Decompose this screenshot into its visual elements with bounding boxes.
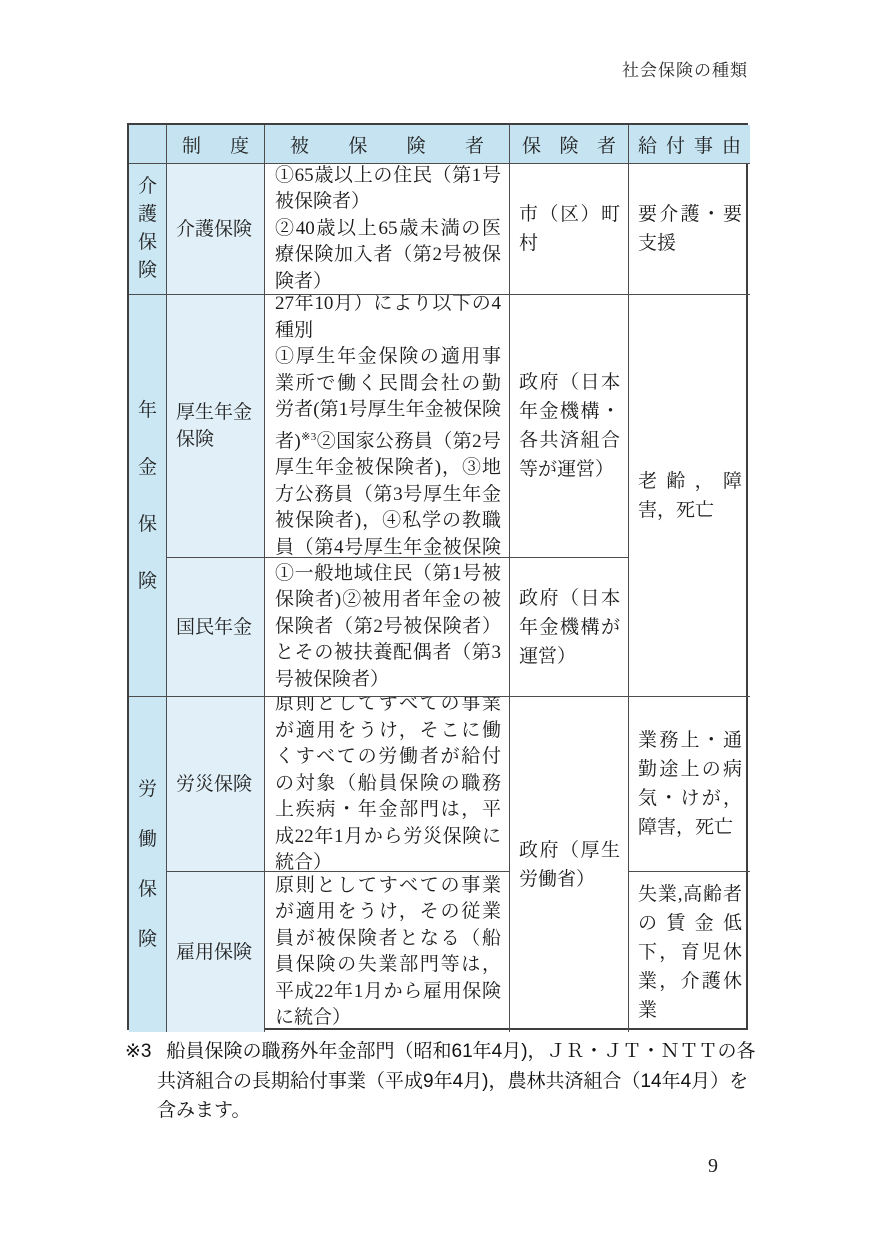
- koyou-hihokensha-cell: 原則としてすべての事業が適用をうけ，その従業員が被保険者となる（船員保険の失業部…: [265, 872, 510, 1032]
- rousai-seido-label: 労災保険: [176, 771, 258, 798]
- kokumin-hihokensha-cell: ①一般地域住民（第1号被保険者)②被用者年金の被保険者（第2号被保険者）とその被…: [265, 558, 510, 697]
- kousei-hokensha-cell: 政府（日本年金機構・各共済組合等が運営）: [510, 295, 629, 558]
- rousai-kyufu-cell: 業務上・通勤途上の病気・けが，障害，死亡: [629, 697, 750, 872]
- kokumin-seido-label: 国民年金: [176, 614, 258, 641]
- kousei-hihokensha-text: 被用者年金一元化（平成27年10月）により以下の4種別 ①厚生年金保険の適用事業…: [275, 295, 501, 558]
- kousei-hokensha-text: 政府（日本年金機構・各共済組合等が運営）: [519, 368, 620, 484]
- group-label-kaigo: 介 護 保 険: [129, 164, 167, 295]
- koyou-seido-cell: 雇用保険: [167, 872, 265, 1032]
- kaigo-kyufu-text: 要介護・要支援: [638, 200, 742, 258]
- kaigo-hihokensha-cell: ①65歳以上の住民（第1号被保険者） ②40歳以上65歳未満の医療保険加入者（第…: [265, 164, 510, 295]
- header-kyufu-label: 給付事由: [638, 131, 741, 158]
- kousei-seido-label: 厚生年金保険: [176, 399, 258, 453]
- kokumin-hokensha-cell: 政府（日本年金機構が運営）: [510, 558, 629, 697]
- rousai-kyufu-text: 業務上・通勤途上の病気・けが，障害，死亡: [638, 726, 742, 842]
- group-label-nenkin-text: 年 金 保 険: [129, 382, 166, 610]
- roudou-hokensha-cell: 政府（厚生労働省）: [510, 697, 629, 1032]
- kokumin-seido-cell: 国民年金: [167, 558, 265, 697]
- rousai-hihokensha-cell: 原則としてすべての事業が適用をうけ，そこに働くすべての労働者が給付の対象（船員保…: [265, 697, 510, 872]
- koyou-kyufu-cell: 失業,高齢者の賃金低下，育児休業，介護休業: [629, 872, 750, 1032]
- koyou-seido-label: 雇用保険: [176, 939, 258, 966]
- kokumin-hihokensha-text: ①一般地域住民（第1号被保険者)②被用者年金の被保険者（第2号被保険者）とその被…: [275, 561, 501, 694]
- kousei-footnote-ref: ※3: [301, 431, 317, 443]
- page-number: 9: [708, 1155, 718, 1178]
- kaigo-hokensha-text: 市（区）町村: [519, 200, 620, 258]
- kousei-hihokensha-part1: 被用者年金一元化（平成27年10月）により以下の4種別 ①厚生年金保険の適用事業…: [275, 295, 501, 452]
- header-hokensha: 保険者: [510, 125, 629, 164]
- kaigo-seido-cell: 介護保険: [167, 164, 265, 295]
- header-hihokensha: 被保険者: [265, 125, 510, 164]
- header-kyufu: 給付事由: [629, 125, 750, 164]
- kaigo-hokensha-cell: 市（区）町村: [510, 164, 629, 295]
- nenkin-kyufu-cell: 老齢，障害，死亡: [629, 295, 750, 697]
- kaigo-hihokensha-text: ①65歳以上の住民（第1号被保険者） ②40歳以上65歳未満の医療保険加入者（第…: [275, 164, 501, 295]
- koyou-kyufu-text: 失業,高齢者の賃金低下，育児休業，介護休業: [638, 880, 742, 1025]
- document-page: 社会保険の種類 制度 被保険者 保険者 給付事由 介 護 保 険 介護保険 ①6…: [0, 0, 875, 1240]
- header-empty-cell: [129, 125, 167, 164]
- kousei-seido-cell: 厚生年金保険: [167, 295, 265, 558]
- kaigo-kyufu-cell: 要介護・要支援: [629, 164, 750, 295]
- group-label-roudou-text: 労 働 保 険: [129, 765, 166, 965]
- social-insurance-table: 制度 被保険者 保険者 給付事由 介 護 保 険 介護保険 ①65歳以上の住民（…: [127, 123, 748, 1030]
- kousei-hihokensha-part2: ②国家公務員（第2号厚生年金被保険者)，③地方公務員（第3号厚生年金被保険者)，…: [275, 431, 501, 559]
- rousai-hihokensha-text: 原則としてすべての事業が適用をうけ，そこに働くすべての労働者が給付の対象（船員保…: [275, 697, 501, 872]
- corner-note: 社会保険の種類: [622, 56, 748, 81]
- kaigo-seido-label: 介護保険: [176, 216, 258, 243]
- koyou-hihokensha-text: 原則としてすべての事業が適用をうけ，その従業員が被保険者となる（船員保険の失業部…: [275, 873, 501, 1032]
- footnote-text: 船員保険の職務外年金部門（昭和61年4月)，ＪＲ・ＪＴ・ＮＴＴの各共済組合の長期…: [157, 1041, 756, 1121]
- footnote-marker: ※3: [125, 1041, 152, 1062]
- group-label-nenkin: 年 金 保 険: [129, 295, 167, 697]
- header-seido-label: 制度: [182, 131, 249, 158]
- header-hihokensha-label: 被保険者: [290, 131, 484, 158]
- nenkin-kyufu-text: 老齢，障害，死亡: [638, 467, 742, 525]
- group-label-kaigo-text: 介 護 保 険: [129, 173, 166, 285]
- roudou-hokensha-text: 政府（厚生労働省）: [519, 836, 620, 894]
- rousai-seido-cell: 労災保険: [167, 697, 265, 872]
- header-hokensha-label: 保険者: [522, 131, 616, 158]
- header-seido: 制度: [167, 125, 265, 164]
- kokumin-hokensha-text: 政府（日本年金機構が運営）: [519, 584, 620, 671]
- group-label-roudou: 労 働 保 険: [129, 697, 167, 1032]
- kousei-hihokensha-cell: 被用者年金一元化（平成27年10月）により以下の4種別 ①厚生年金保険の適用事業…: [265, 295, 510, 558]
- footnote: ※3船員保険の職務外年金部門（昭和61年4月)，ＪＲ・ＪＴ・ＮＴＴの各共済組合の…: [125, 1037, 758, 1126]
